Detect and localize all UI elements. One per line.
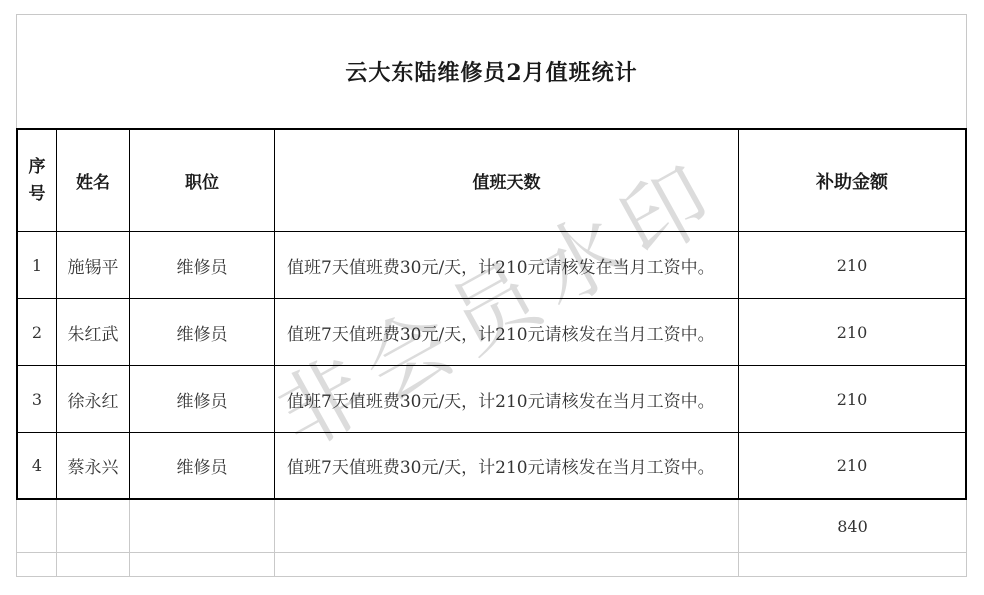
cell-name: 蔡永兴 — [57, 433, 130, 498]
cell-row-no: 2 — [18, 299, 57, 366]
cell-name: 朱红武 — [57, 299, 130, 366]
column-header-amount: 补助金额 — [739, 130, 965, 232]
empty-cell — [57, 553, 130, 576]
empty-cell — [17, 553, 57, 576]
total-amount: 840 — [739, 500, 966, 553]
cell-position: 维修员 — [130, 299, 275, 366]
title-block: 云大东陆维修员2月值班统计 — [16, 14, 967, 128]
empty-cell — [17, 500, 57, 553]
column-header-no: 序号 — [18, 130, 57, 232]
cell-name: 徐永红 — [57, 366, 130, 433]
cell-row-no: 3 — [18, 366, 57, 433]
duty-table: 序号 姓名 职位 值班天数 补助金额 1 施锡平 维修员 值班7天值班费30元/… — [16, 128, 967, 500]
document-page: 非会员水印 云大东陆维修员2月值班统计 序号 姓名 职位 值班天数 补助金额 1… — [0, 0, 984, 595]
empty-cell — [739, 553, 966, 576]
column-header-duty: 值班天数 — [275, 130, 739, 232]
cell-duty-days: 值班7天值班费30元/天，计210元请核发在当月工资中。 — [275, 433, 739, 498]
empty-cell — [130, 553, 275, 576]
empty-cell — [275, 553, 739, 576]
cell-position: 维修员 — [130, 433, 275, 498]
empty-cell — [275, 500, 739, 553]
empty-cell — [130, 500, 275, 553]
cell-duty-days: 值班7天值班费30元/天，计210元请核发在当月工资中。 — [275, 299, 739, 366]
cell-amount: 210 — [739, 232, 965, 299]
cell-amount: 210 — [739, 433, 965, 498]
cell-duty-days: 值班7天值班费30元/天，计210元请核发在当月工资中。 — [275, 232, 739, 299]
cell-name: 施锡平 — [57, 232, 130, 299]
cell-row-no: 4 — [18, 433, 57, 498]
empty-cell — [57, 500, 130, 553]
page-title: 云大东陆维修员2月值班统计 — [345, 56, 637, 87]
cell-row-no: 1 — [18, 232, 57, 299]
cell-position: 维修员 — [130, 366, 275, 433]
statistics-sheet: 云大东陆维修员2月值班统计 序号 姓名 职位 值班天数 补助金额 1 施锡平 维… — [16, 14, 967, 577]
cell-position: 维修员 — [130, 232, 275, 299]
cell-amount: 210 — [739, 299, 965, 366]
total-section: 840 — [16, 500, 967, 577]
column-header-name: 姓名 — [57, 130, 130, 232]
column-header-position: 职位 — [130, 130, 275, 232]
cell-duty-days: 值班7天值班费30元/天，计210元请核发在当月工资中。 — [275, 366, 739, 433]
cell-amount: 210 — [739, 366, 965, 433]
